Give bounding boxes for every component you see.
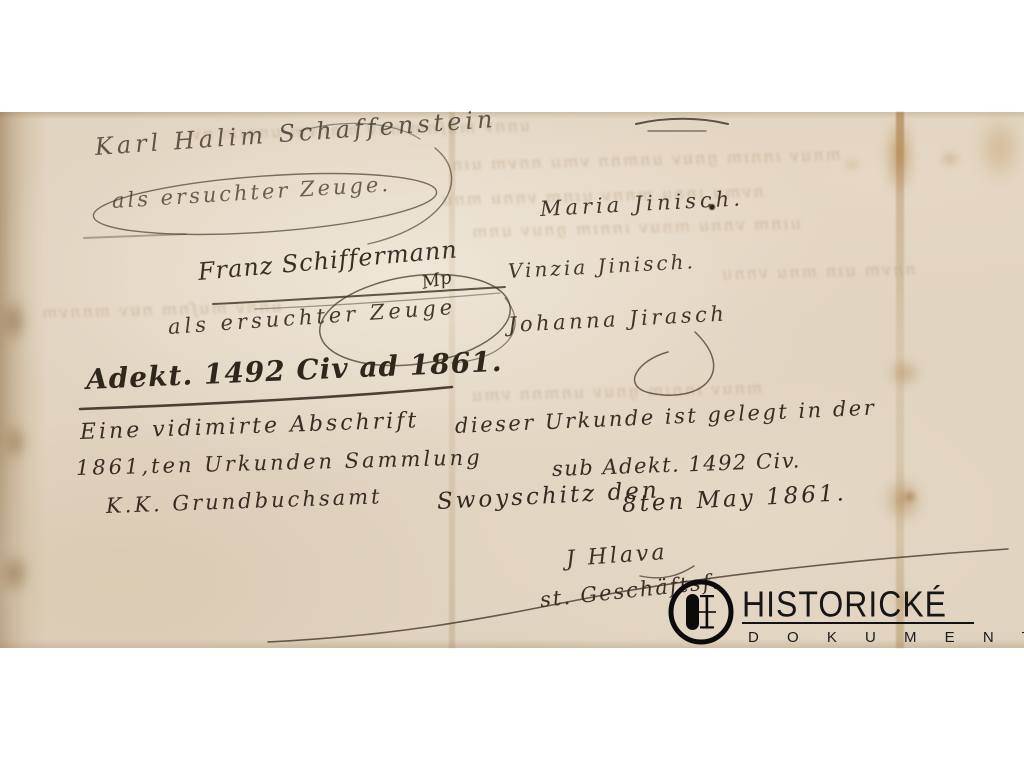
stain-crease-top (882, 114, 916, 198)
screenshot-stage: unnv muſnm nuv mnnvm unnım nv mnuv ınnım… (0, 0, 1024, 768)
stain-left-edge-1 (0, 298, 28, 344)
stain-right-lower-dot (903, 490, 917, 503)
watermark-subtitle: D O K U M E N T Y (748, 629, 1024, 646)
watermark-title: HISTORICKÉ (742, 584, 947, 625)
stain-left-edge-3 (0, 552, 30, 594)
watermark-monogram-icon (666, 577, 736, 647)
stain-right-small-2 (843, 158, 861, 172)
stain-right-mid (886, 358, 922, 388)
stain-right-lower (882, 476, 924, 524)
stain-top-right-corner (975, 112, 1024, 184)
watermark-rule (742, 622, 974, 624)
stain-right-small-1 (938, 150, 962, 168)
stain-left-edge-2 (2, 422, 28, 462)
